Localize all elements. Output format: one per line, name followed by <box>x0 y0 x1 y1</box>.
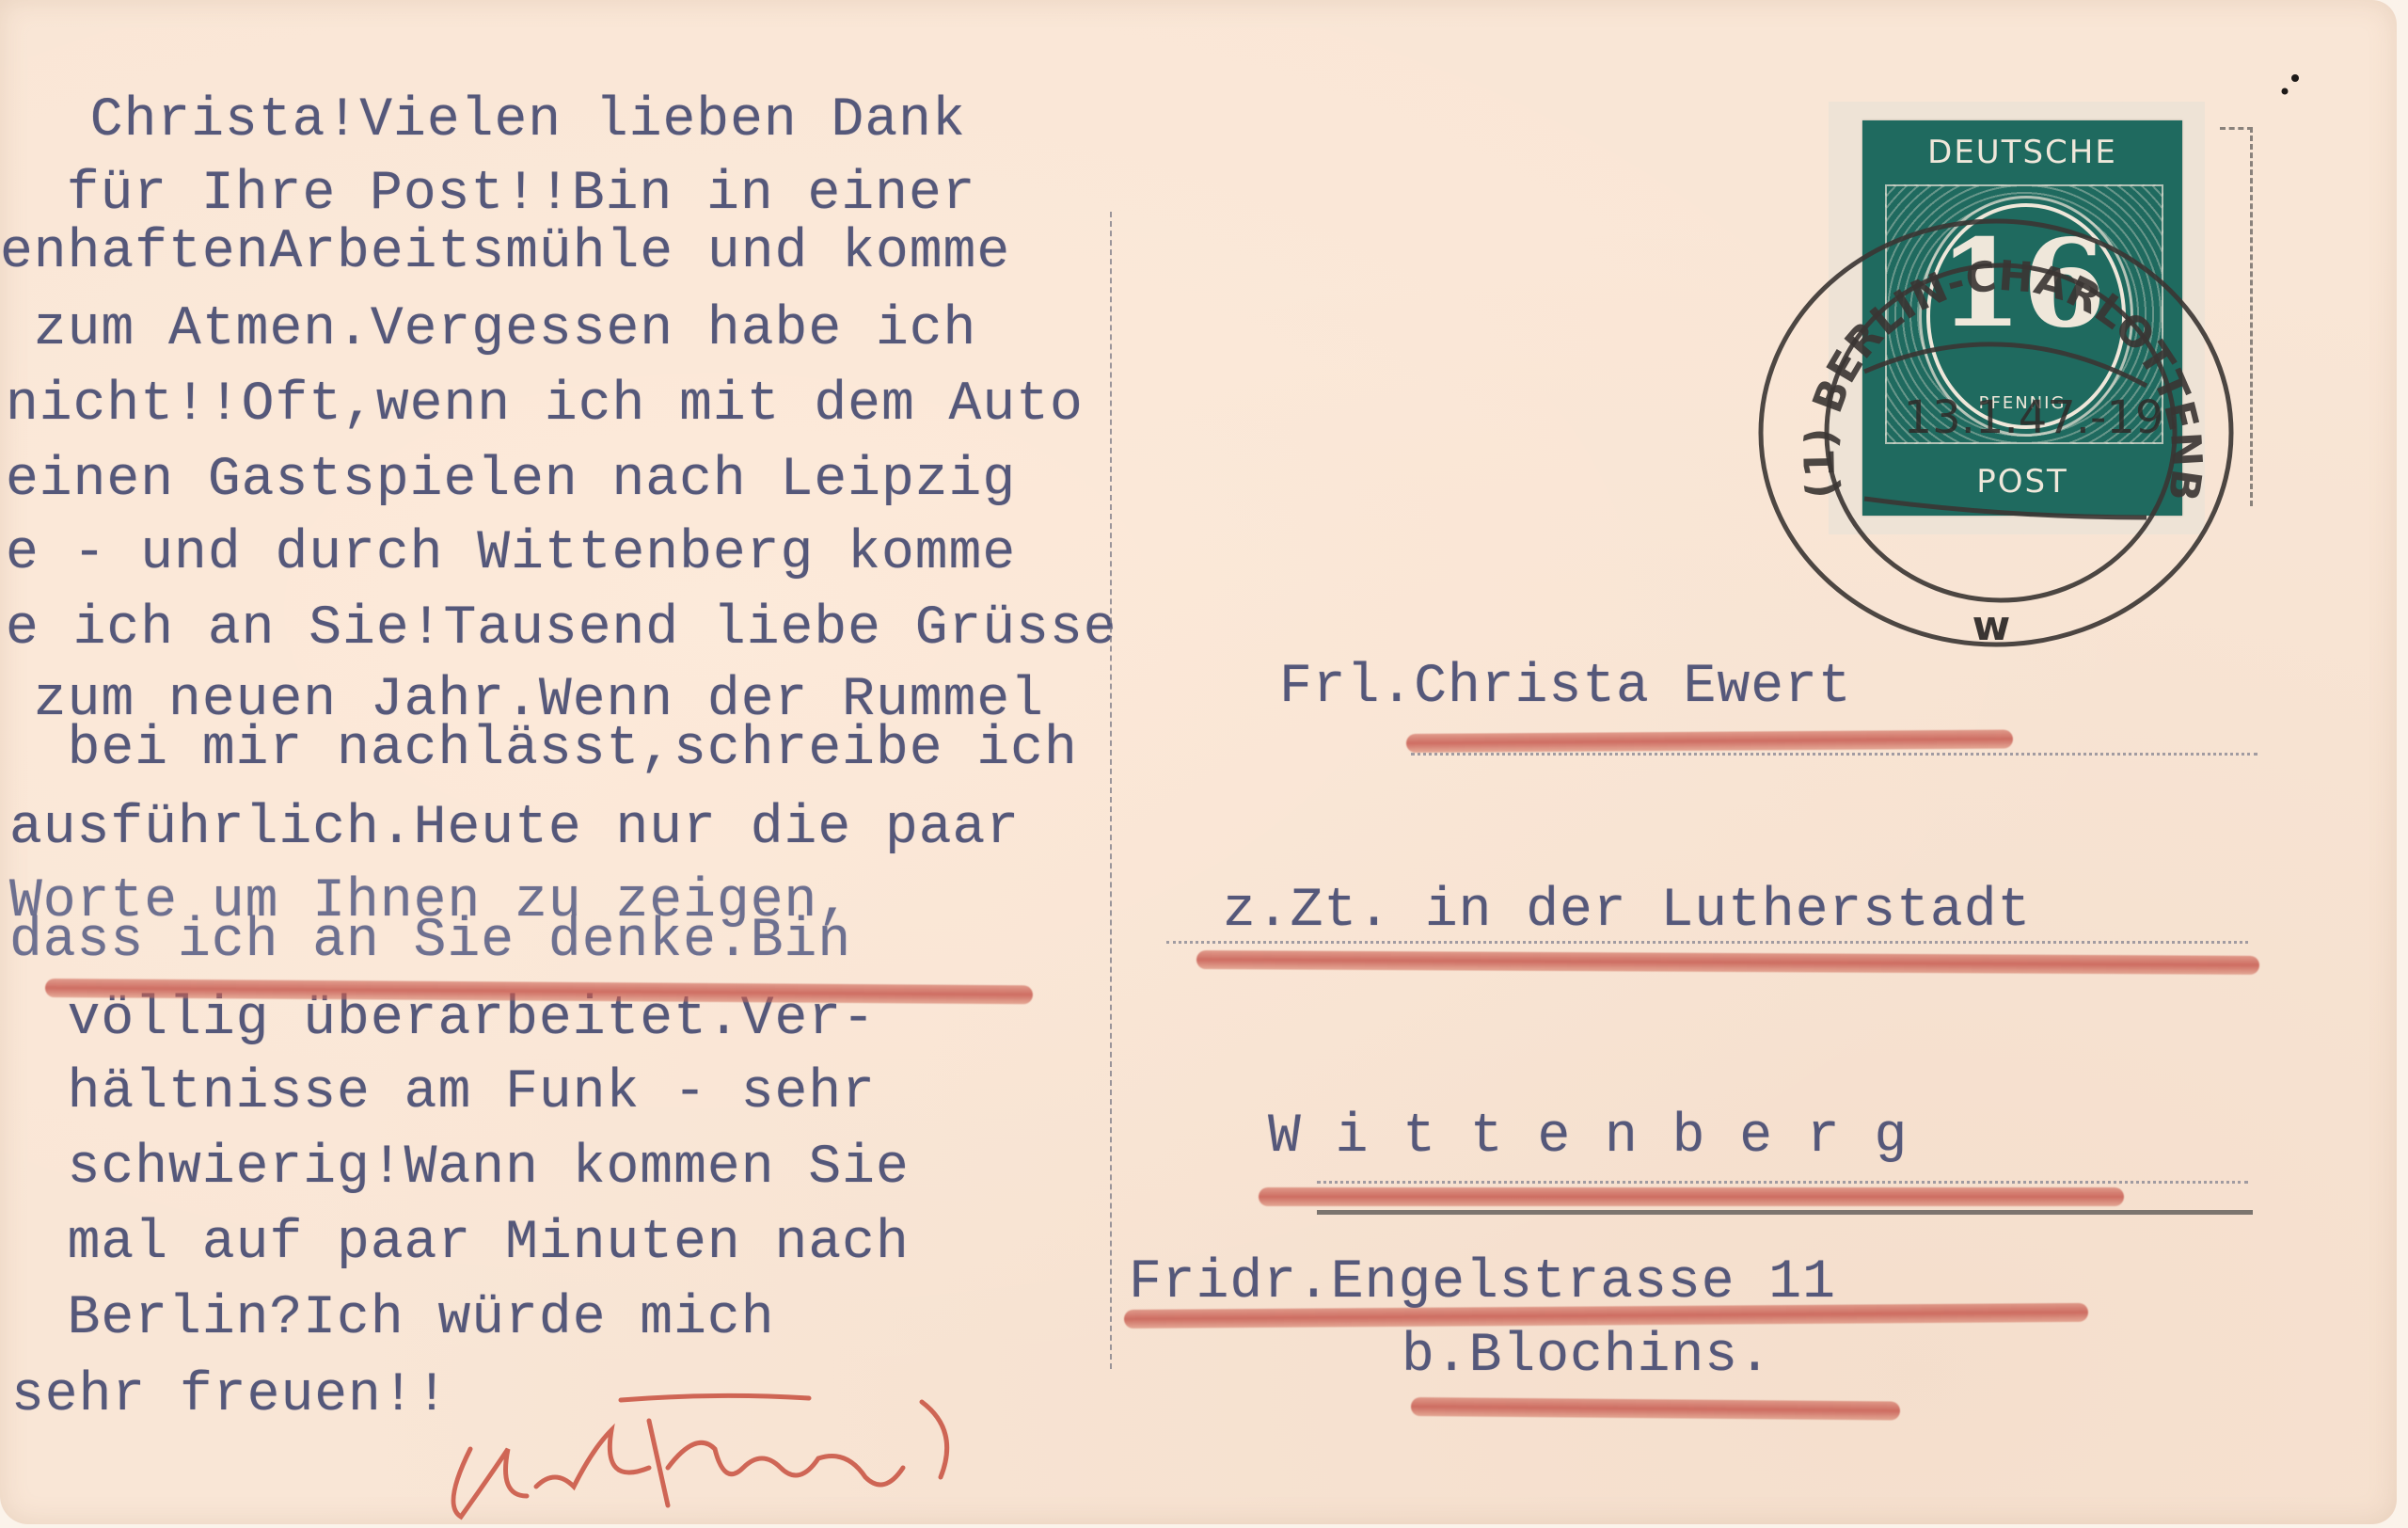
postmark-letter: w <box>1972 602 2011 650</box>
address-dotted-line <box>1166 941 2248 944</box>
address-line-2: z.Zt. in der Lutherstadt <box>1223 884 2031 939</box>
message-line: dass ich an Sie denke.Bin <box>9 915 851 969</box>
message-line: enhaftenArbeitsmühle und komme <box>0 226 1010 280</box>
red-pencil-underline <box>1406 729 2013 753</box>
message-line: mal auf paar Minuten nach <box>0 1217 910 1271</box>
postmark-cancellation: (1) BERLIN-CHARLOTTENBURG 2 13.1.47.-19 … <box>1751 198 2241 687</box>
address-dotted-line <box>1411 753 2257 756</box>
message-line: nicht!!Oft,wenn ich mit dem Auto <box>6 378 1084 433</box>
address-street: Fridr.Engelstrasse 11 <box>1129 1256 1836 1311</box>
red-pencil-underline <box>1259 1187 2124 1206</box>
address-care-of: b.Blochins. <box>1402 1329 1772 1384</box>
signature <box>433 1393 1091 1524</box>
ink-dots <box>2276 71 2305 99</box>
card-divider <box>1110 212 1112 1369</box>
address-dotted-line <box>1317 1181 2248 1184</box>
postcard: Christa!Vielen lieben Dank für Ihre Post… <box>0 0 2397 1524</box>
address-city: W i t t e n b e r g <box>1268 1110 1908 1165</box>
message-line: zum Atmen.Vergessen habe ich <box>0 303 976 358</box>
message-line: sehr freuen!! <box>11 1369 449 1424</box>
message-line: Christa!Vielen lieben Dank <box>56 94 966 149</box>
postmark-date: 13.1.47.-19 <box>1904 391 2164 444</box>
message-line: e ich an Sie!Tausend liebe Grüsse <box>6 602 1117 657</box>
message-line: e - und durch Wittenberg komme <box>6 527 1016 581</box>
message-line: bei mir nachlässt,schreibe ich <box>0 723 1078 777</box>
svg-text:(1) BERLIN-CHARLOTTENBURG 2: (1) BERLIN-CHARLOTTENBURG 2 <box>1751 198 2210 504</box>
message-line: schwierig!Wann kommen Sie <box>0 1141 910 1196</box>
red-pencil-underline <box>1411 1397 1900 1421</box>
message-line: ausführlich.Heute nur die paar <box>9 802 1020 856</box>
postmark-ring-text: (1) BERLIN-CHARLOTTENBURG 2 <box>1751 198 2210 504</box>
message-line: Berlin?Ich würde mich <box>0 1292 775 1346</box>
red-pencil-underline <box>1196 950 2259 975</box>
address-underline <box>1317 1210 2253 1215</box>
message-line: für Ihre Post!!Bin in einer <box>33 167 976 222</box>
message-line: einen Gastspielen nach Leipzig <box>6 454 1016 508</box>
message-line: hältnisse am Funk - sehr <box>0 1066 876 1121</box>
stamp-top-text: DEUTSCHE <box>1862 134 2182 171</box>
